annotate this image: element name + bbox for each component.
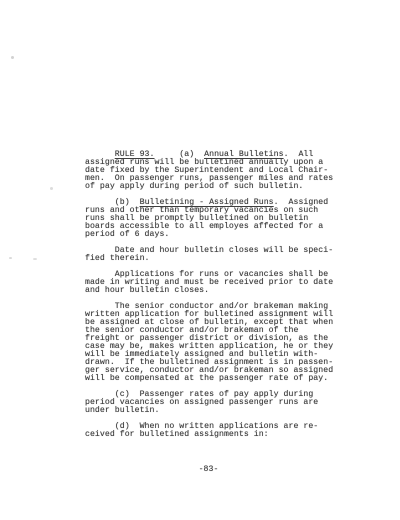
text-line: under bulletin. [85, 407, 345, 415]
text-segment: ceived for bulletined assignments in: [85, 430, 269, 439]
text-line: fied therein. [85, 255, 345, 263]
scan-speck [33, 258, 37, 260]
scan-speck [50, 187, 53, 190]
scan-speck [11, 56, 14, 59]
text-segment: and hour bulletin closes. [85, 286, 209, 295]
text-segment: fied therein. [85, 254, 150, 263]
text-line: and hour bulletin closes. [85, 287, 345, 295]
document-page: RULE 93. (a) Annual Bulletins. Allassign… [0, 0, 400, 520]
page-number: -83- [85, 466, 332, 474]
text-segment: will be compensated at the passenger rat… [85, 374, 328, 383]
rule-text-block: RULE 93. (a) Annual Bulletins. Allassign… [85, 151, 345, 439]
text-line: of pay apply during period of such bulle… [85, 183, 345, 191]
text-segment: under bulletin. [85, 406, 159, 415]
text-line: ceived for bulletined assignments in: [85, 431, 345, 439]
text-line: will be compensated at the passenger rat… [85, 375, 345, 383]
text-segment: of pay apply during period of such bulle… [85, 182, 303, 191]
scan-speck [9, 257, 12, 259]
text-line: period of 6 days. [85, 231, 345, 239]
text-segment: period of 6 days. [85, 230, 169, 239]
